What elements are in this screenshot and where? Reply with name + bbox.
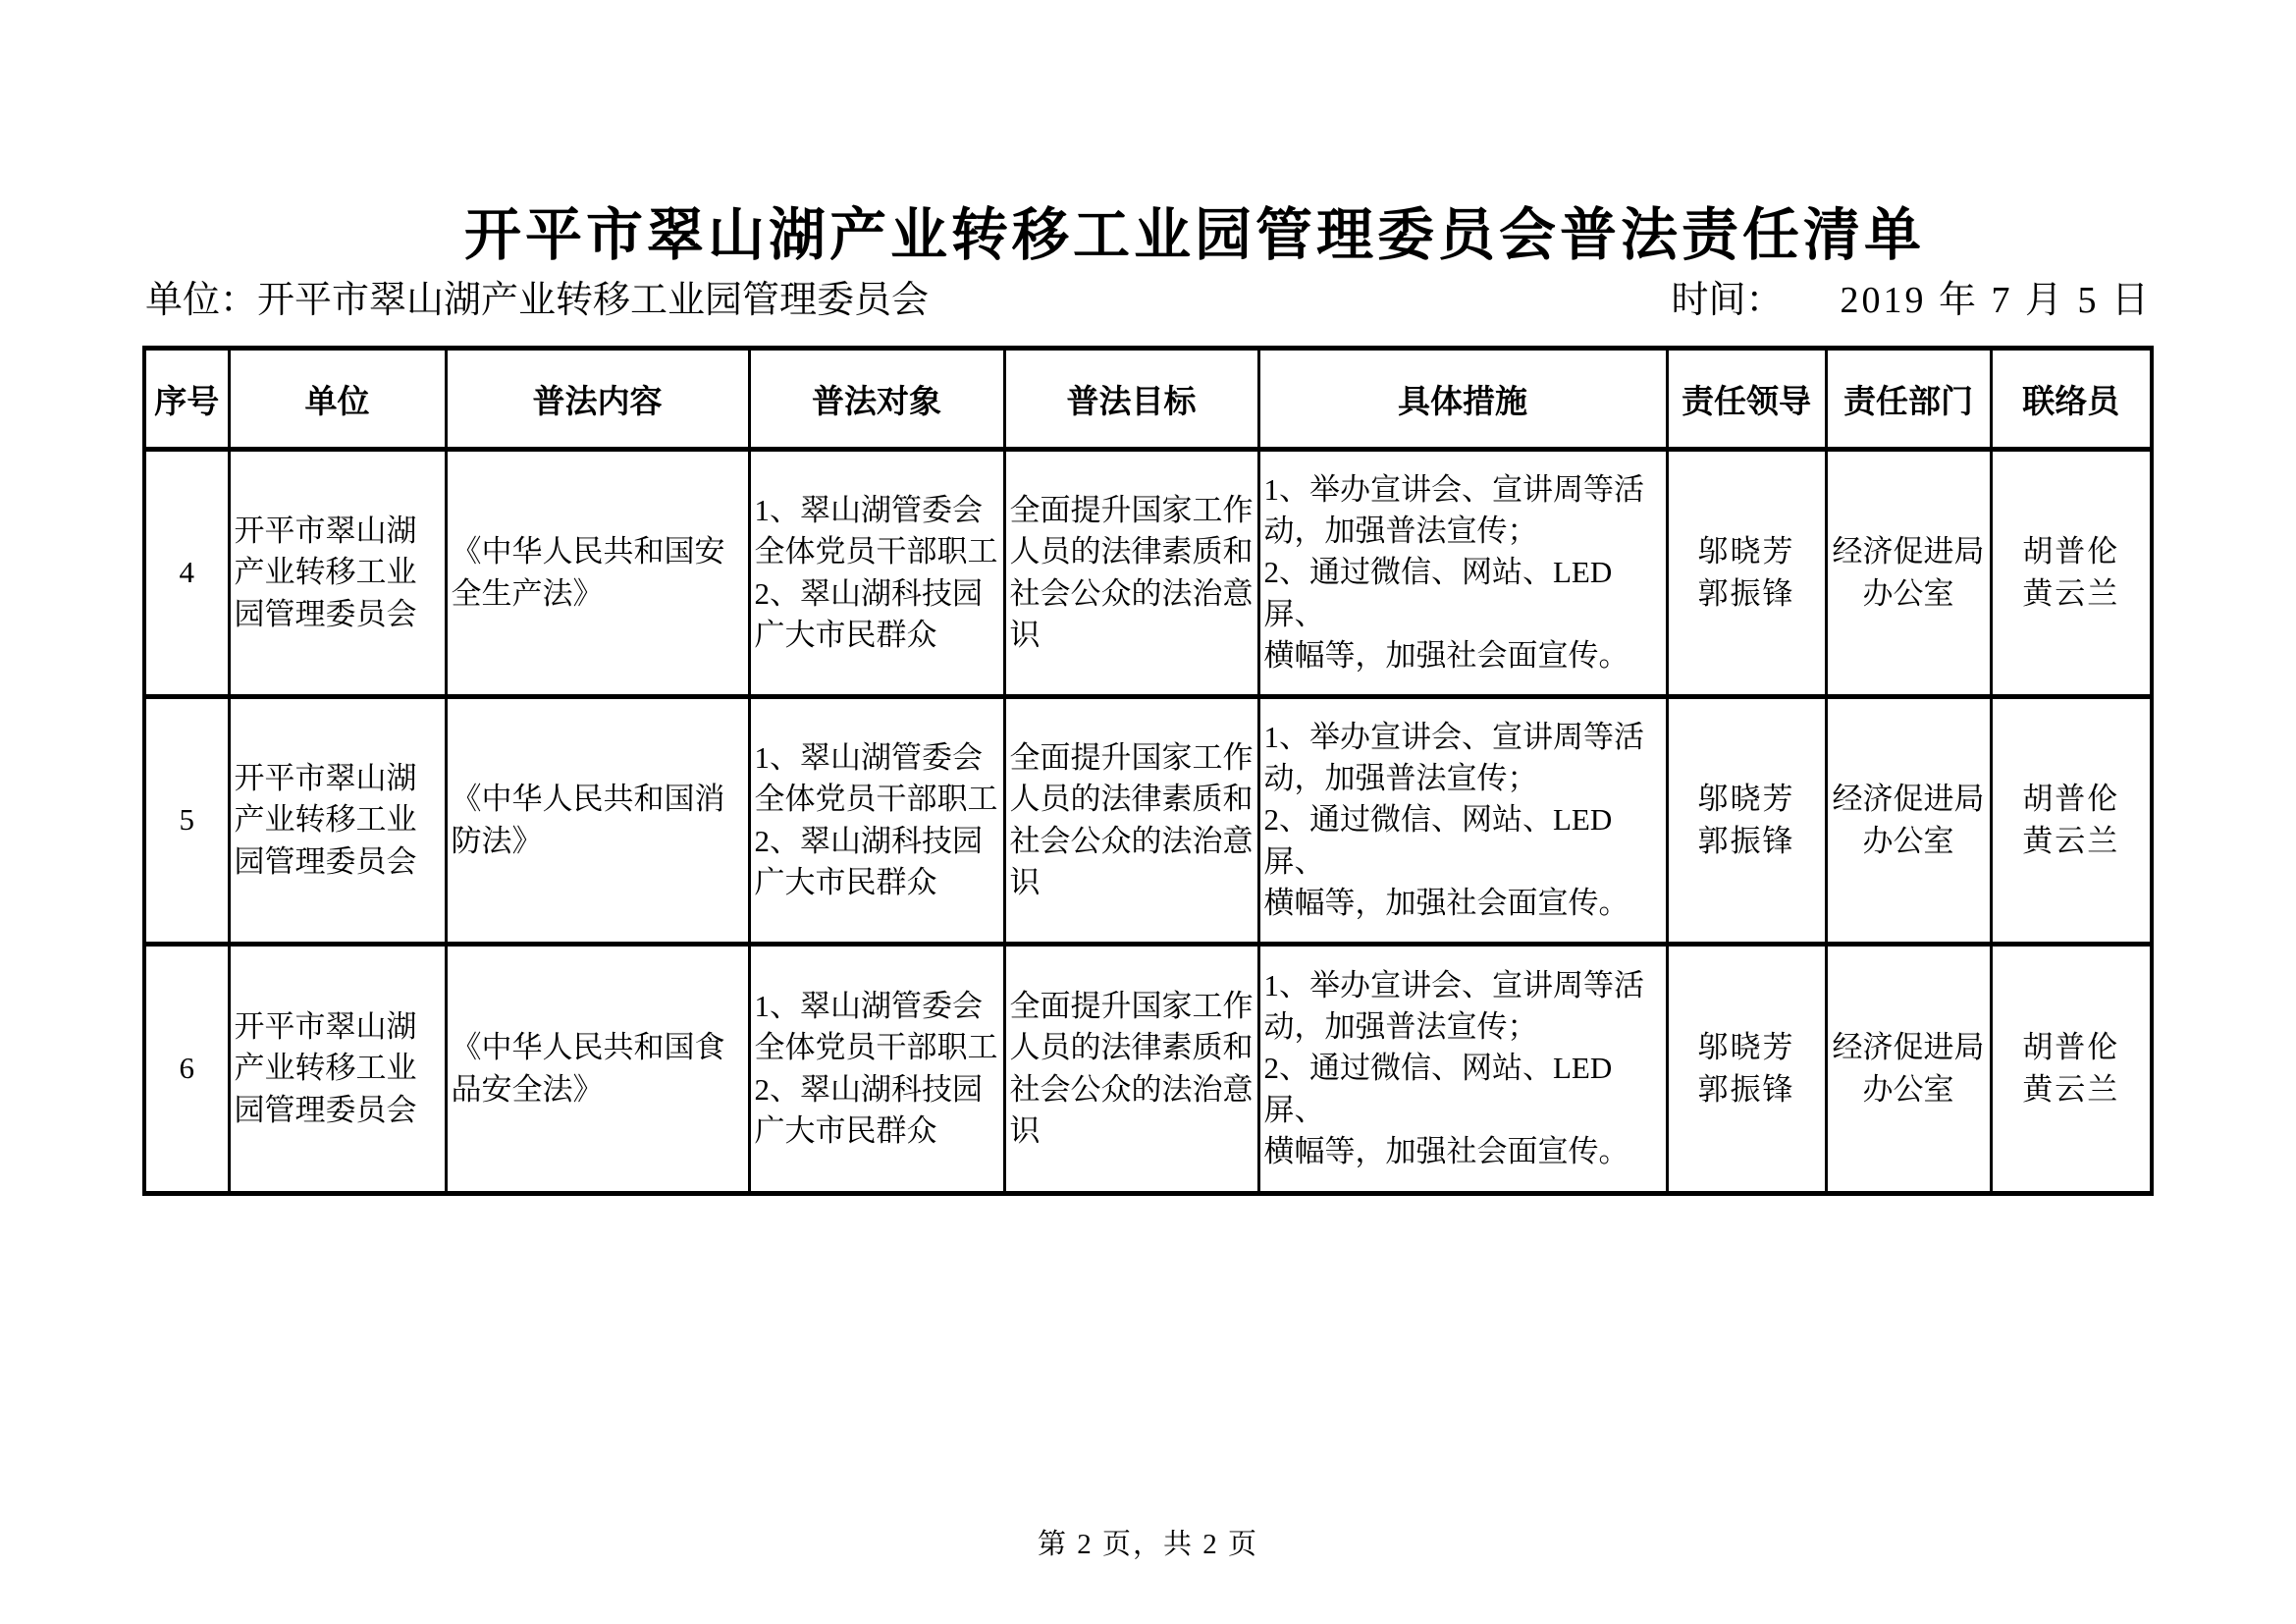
cell-content: 《中华人民共和国消 防法》 bbox=[446, 697, 749, 945]
cell-content: 《中华人民共和国安 全生产法》 bbox=[446, 450, 749, 697]
cell-measures: 1、举办宣讲会、宣讲周等活 动，加强普法宣传； 2、通过微信、网站、LED屏、 … bbox=[1258, 697, 1667, 945]
column-header-measures: 具体措施 bbox=[1258, 349, 1667, 450]
column-header-goal: 普法目标 bbox=[1004, 349, 1258, 450]
cell-leader: 邬晓芳 郭振锋 bbox=[1667, 945, 1826, 1194]
cell-liaison: 胡普伦 黄云兰 bbox=[1991, 945, 2152, 1194]
column-header-liaison: 联络员 bbox=[1991, 349, 2152, 450]
cell-goal: 全面提升国家工作 人员的法律素质和 社会公众的法治意 识 bbox=[1004, 697, 1258, 945]
cell-liaison: 胡普伦 黄云兰 bbox=[1991, 450, 2152, 697]
cell-no: 4 bbox=[144, 450, 229, 697]
cell-unit: 开平市翠山湖 产业转移工业 园管理委员会 bbox=[229, 697, 446, 945]
header-row: 序号 单位 普法内容 普法对象 普法目标 具体措施 责任领导 责任部门 联络员 bbox=[144, 349, 2152, 450]
meta-row: 单位：开平市翠山湖产业转移工业园管理委员会 时间：2019 年 7 月 5 日 bbox=[145, 279, 2152, 324]
table-row: 5 开平市翠山湖 产业转移工业 园管理委员会 《中华人民共和国消 防法》 1、翠… bbox=[144, 697, 2152, 945]
cell-target: 1、翠山湖管委会 全体党员干部职工 2、翠山湖科技园 广大市民群众 bbox=[749, 697, 1004, 945]
cell-leader: 邬晓芳 郭振锋 bbox=[1667, 697, 1826, 945]
page-footer: 第 2 页，共 2 页 bbox=[0, 1522, 2296, 1562]
cell-leader: 邬晓芳 郭振锋 bbox=[1667, 450, 1826, 697]
column-header-content: 普法内容 bbox=[446, 349, 749, 450]
column-header-unit: 单位 bbox=[229, 349, 446, 450]
time-line: 时间：2019 年 7 月 5 日 bbox=[1671, 279, 2152, 324]
table-row: 6 开平市翠山湖 产业转移工业 园管理委员会 《中华人民共和国食 品安全法》 1… bbox=[144, 945, 2152, 1194]
cell-liaison: 胡普伦 黄云兰 bbox=[1991, 697, 2152, 945]
unit-value: 开平市翠山湖产业转移工业园管理委员会 bbox=[257, 280, 929, 321]
cell-measures: 1、举办宣讲会、宣讲周等活 动，加强普法宣传； 2、通过微信、网站、LED屏、 … bbox=[1258, 945, 1667, 1194]
cell-goal: 全面提升国家工作 人员的法律素质和 社会公众的法治意 识 bbox=[1004, 450, 1258, 697]
cell-unit: 开平市翠山湖 产业转移工业 园管理委员会 bbox=[229, 945, 446, 1194]
table-row: 4 开平市翠山湖 产业转移工业 园管理委员会 《中华人民共和国安 全生产法》 1… bbox=[144, 450, 2152, 697]
time-value: 2019 年 7 月 5 日 bbox=[1840, 280, 2152, 321]
column-header-department: 责任部门 bbox=[1826, 349, 1991, 450]
responsibility-table: 序号 单位 普法内容 普法对象 普法目标 具体措施 责任领导 责任部门 联络员 … bbox=[142, 346, 2154, 1196]
cell-no: 6 bbox=[144, 945, 229, 1194]
column-header-leader: 责任领导 bbox=[1667, 349, 1826, 450]
cell-department: 经济促进局 办公室 bbox=[1826, 697, 1991, 945]
cell-department: 经济促进局 办公室 bbox=[1826, 945, 1991, 1194]
cell-target: 1、翠山湖管委会 全体党员干部职工 2、翠山湖科技园 广大市民群众 bbox=[749, 450, 1004, 697]
unit-label: 单位： bbox=[145, 280, 257, 321]
cell-department: 经济促进局 办公室 bbox=[1826, 450, 1991, 697]
cell-unit: 开平市翠山湖 产业转移工业 园管理委员会 bbox=[229, 450, 446, 697]
column-header-target: 普法对象 bbox=[749, 349, 1004, 450]
cell-goal: 全面提升国家工作 人员的法律素质和 社会公众的法治意 识 bbox=[1004, 945, 1258, 1194]
page-title: 开平市翠山湖产业转移工业园管理委员会普法责任清单 bbox=[0, 201, 2296, 270]
cell-content: 《中华人民共和国食 品安全法》 bbox=[446, 945, 749, 1194]
cell-no: 5 bbox=[144, 697, 229, 945]
cell-target: 1、翠山湖管委会 全体党员干部职工 2、翠山湖科技园 广大市民群众 bbox=[749, 945, 1004, 1194]
cell-measures: 1、举办宣讲会、宣讲周等活 动，加强普法宣传； 2、通过微信、网站、LED屏、 … bbox=[1258, 450, 1667, 697]
column-header-no: 序号 bbox=[144, 349, 229, 450]
time-label: 时间： bbox=[1671, 280, 1783, 321]
unit-line: 单位：开平市翠山湖产业转移工业园管理委员会 bbox=[145, 279, 929, 324]
